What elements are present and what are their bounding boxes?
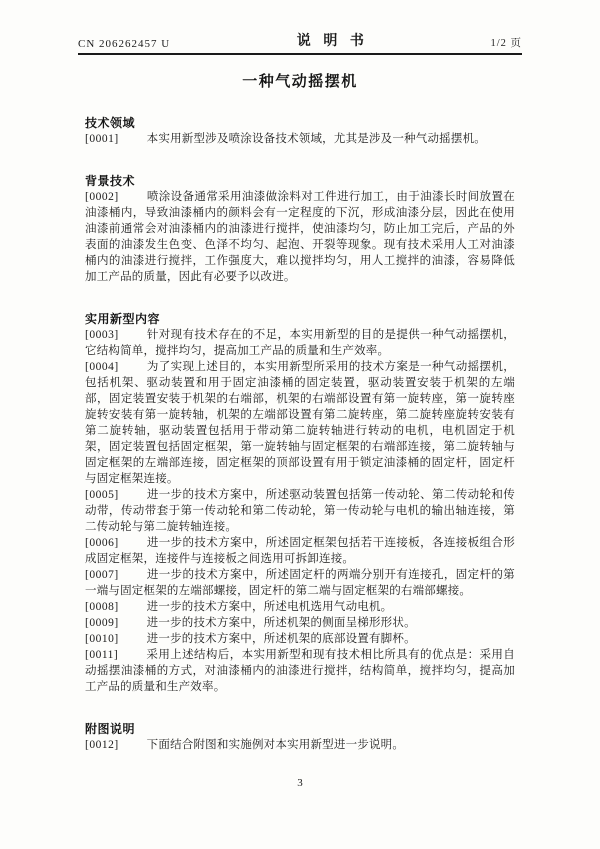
paragraph-0005: [0005]进一步的技术方案中，所述驱动装置包括第一传动轮、第二传动轮和传动带，… <box>85 487 515 535</box>
paragraph-text: 进一步的技术方案中，所述驱动装置包括第一传动轮、第二传动轮和传动带，传动带套于第… <box>85 489 515 533</box>
document-type-title: 说明书 <box>284 30 376 50</box>
paragraph-number: [0007] <box>85 569 119 581</box>
section-heading: 附图说明 <box>85 721 515 737</box>
paragraph-number: [0008] <box>85 601 119 613</box>
patent-specification-page: CN 206262457 U 说明书 1/2 页 一种气动摇摆机 技术领域 [0… <box>0 0 600 849</box>
paragraph-text: 为了实现上述目的，本实用新型所采用的技术方案是一种气动摇摆机，包括机架、驱动装置… <box>85 361 515 485</box>
section-brief-description-of-drawings: 附图说明 [0012]下面结合附图和实施例对本实用新型进一步说明。 <box>85 721 515 753</box>
paragraph-text: 本实用新型涉及喷涂设备技术领域，尤其是涉及一种气动摇摆机。 <box>147 133 486 145</box>
paragraph-number: [0011] <box>85 649 118 661</box>
paragraph-number: [0003] <box>85 329 119 341</box>
paragraph-0001: [0001]本实用新型涉及喷涂设备技术领域，尤其是涉及一种气动摇摆机。 <box>85 131 515 147</box>
document-number: CN 206262457 U <box>78 38 170 50</box>
section-technical-field: 技术领域 [0001]本实用新型涉及喷涂设备技术领域，尤其是涉及一种气动摇摆机。 <box>85 115 515 147</box>
section-utility-model-content: 实用新型内容 [0003]针对现有技术存在的不足，本实用新型的目的是提供一种气动… <box>85 311 515 695</box>
paragraph-0012: [0012]下面结合附图和实施例对本实用新型进一步说明。 <box>85 737 515 753</box>
paragraph-text: 进一步的技术方案中，所述电机选用气动电机。 <box>147 601 393 613</box>
paragraph-0008: [0008]进一步的技术方案中，所述电机选用气动电机。 <box>85 599 515 615</box>
paragraph-text: 进一步的技术方案中，所述固定框架包括若干连接板，各连接板组合形成固定框架，连接件… <box>85 537 515 565</box>
paragraph-0011: [0011]采用上述结构后，本实用新型和现有技术相比所具有的优点是：采用自动摇摆… <box>85 647 515 695</box>
paragraph-0006: [0006]进一步的技术方案中，所述固定框架包括若干连接板，各连接板组合形成固定… <box>85 535 515 567</box>
paragraph-number: [0009] <box>85 617 119 629</box>
page-header: CN 206262457 U 说明书 1/2 页 <box>78 30 522 55</box>
paragraph-number: [0010] <box>85 633 119 645</box>
invention-title: 一种气动摇摆机 <box>85 70 515 91</box>
sheet-indicator: 1/2 页 <box>490 35 522 50</box>
section-background-art: 背景技术 [0002]喷涂设备通常采用油漆做涂料对工件进行加工，由于油漆长时间放… <box>85 173 515 285</box>
paragraph-text: 喷涂设备通常采用油漆做涂料对工件进行加工，由于油漆长时间放置在油漆桶内，导致油漆… <box>85 191 515 283</box>
paragraph-text: 进一步的技术方案中，所述固定杆的两端分别开有连接孔，固定杆的第一端与固定框架的左… <box>85 569 515 597</box>
paragraph-0007: [0007]进一步的技术方案中，所述固定杆的两端分别开有连接孔，固定杆的第一端与… <box>85 567 515 599</box>
paragraph-number: [0002] <box>85 191 119 203</box>
paragraph-number: [0004] <box>85 361 119 373</box>
paragraph-text: 针对现有技术存在的不足，本实用新型的目的是提供一种气动摇摆机，它结构简单，搅拌均… <box>85 329 515 357</box>
page-number: 3 <box>85 777 515 789</box>
paragraph-text: 进一步的技术方案中，所述机架的侧面呈梯形形状。 <box>147 617 416 629</box>
paragraph-text: 进一步的技术方案中，所述机架的底部设置有脚杯。 <box>147 633 416 645</box>
paragraph-number: [0012] <box>85 739 119 751</box>
paragraph-text: 下面结合附图和实施例对本实用新型进一步说明。 <box>147 739 404 751</box>
paragraph-number: [0005] <box>85 489 119 501</box>
paragraph-0010: [0010]进一步的技术方案中，所述机架的底部设置有脚杯。 <box>85 631 515 647</box>
paragraph-0004: [0004]为了实现上述目的，本实用新型所采用的技术方案是一种气动摇摆机，包括机… <box>85 359 515 487</box>
paragraph-number: [0006] <box>85 537 119 549</box>
paragraph-0009: [0009]进一步的技术方案中，所述机架的侧面呈梯形形状。 <box>85 615 515 631</box>
section-heading: 技术领域 <box>85 115 515 131</box>
section-heading: 背景技术 <box>85 173 515 189</box>
paragraph-text: 采用上述结构后，本实用新型和现有技术相比所具有的优点是：采用自动摇摆油漆桶的方式… <box>85 649 515 693</box>
paragraph-0002: [0002]喷涂设备通常采用油漆做涂料对工件进行加工，由于油漆长时间放置在油漆桶… <box>85 189 515 285</box>
paragraph-number: [0001] <box>85 133 119 145</box>
paragraph-0003: [0003]针对现有技术存在的不足，本实用新型的目的是提供一种气动摇摆机，它结构… <box>85 327 515 359</box>
document-body: 一种气动摇摆机 技术领域 [0001]本实用新型涉及喷涂设备技术领域，尤其是涉及… <box>0 70 600 789</box>
section-heading: 实用新型内容 <box>85 311 515 327</box>
